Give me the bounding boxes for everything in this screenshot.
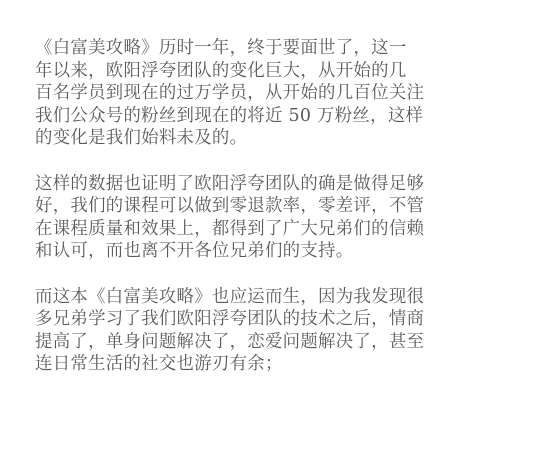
- paragraph-intro: 《白富美攻略》历时一年，终于要面世了，这一 年以来，欧阳浮夸团队的变化巨大，从开…: [35, 37, 515, 150]
- text-line: 这样的数据也证明了欧阳浮夸团队的确是做得足够: [35, 173, 515, 196]
- text-line: 年以来，欧阳浮夸团队的变化巨大，从开始的几: [35, 60, 515, 83]
- article-body: 《白富美攻略》历时一年，终于要面世了，这一 年以来，欧阳浮夸团队的变化巨大，从开…: [35, 37, 515, 399]
- text-line: 好，我们的课程可以做到零退款率，零差评，不管: [35, 195, 515, 218]
- text-line: 和认可，而也离不开各位兄弟们的支持。: [35, 240, 515, 263]
- paragraph-book-origin: 而这本《白富美攻略》也应运而生，因为我发现很 多兄弟学习了我们欧阳浮夸团队的技术…: [35, 286, 515, 376]
- text-line: 多兄弟学习了我们欧阳浮夸团队的技术之后，情商: [35, 308, 515, 331]
- paragraph-data-proof: 这样的数据也证明了欧阳浮夸团队的确是做得足够 好，我们的课程可以做到零退款率，零…: [35, 173, 515, 263]
- text-line: 而这本《白富美攻略》也应运而生，因为我发现很: [35, 286, 515, 309]
- text-line: 提高了，单身问题解决了，恋爱问题解决了，甚至: [35, 331, 515, 354]
- text-line: 《白富美攻略》历时一年，终于要面世了，这一: [35, 37, 515, 60]
- text-line: 连日常生活的社交也游刃有余；: [35, 353, 515, 376]
- text-line: 的变化是我们始料未及的。: [35, 127, 515, 150]
- text-line: 我们公众号的粉丝到现在的将近 50 万粉丝，这样: [35, 105, 515, 128]
- text-line: 在课程质量和效果上，都得到了广大兄弟们的信赖: [35, 218, 515, 241]
- text-line: 百名学员到现在的过万学员，从开始的几百位关注: [35, 82, 515, 105]
